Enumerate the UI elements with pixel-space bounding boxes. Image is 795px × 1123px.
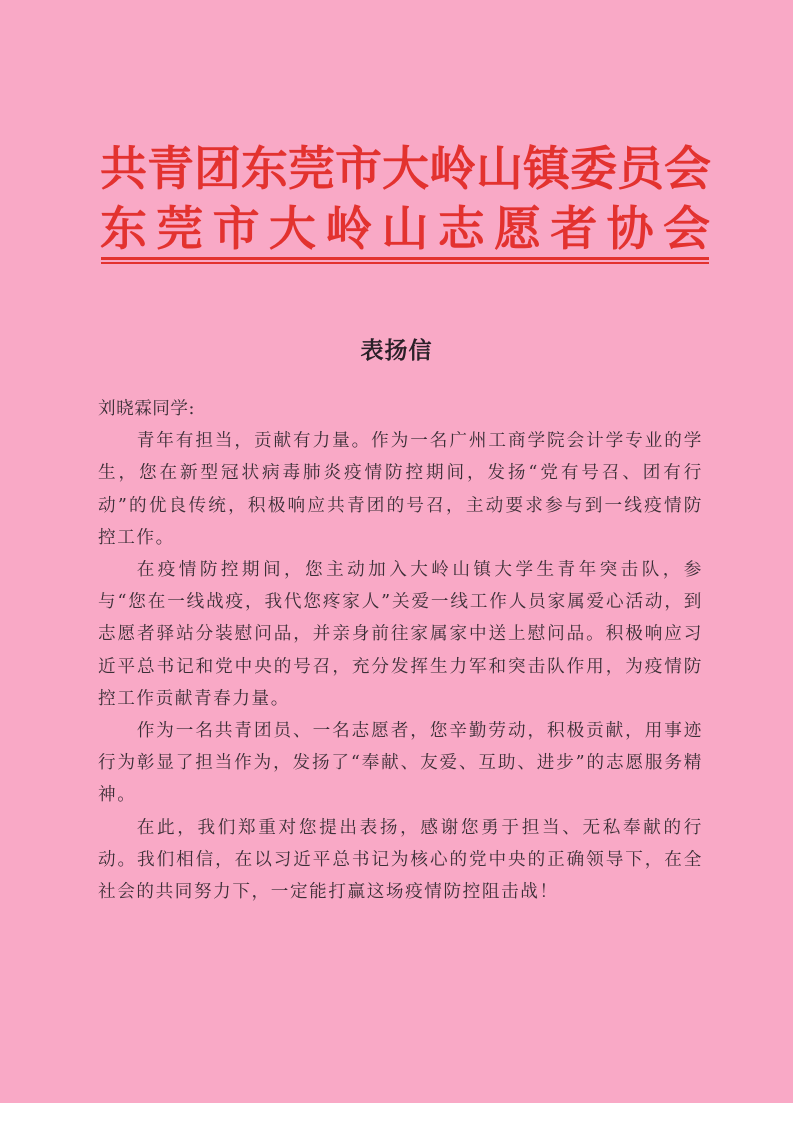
letterhead-char: 莞 — [288, 140, 335, 200]
letterhead-char: 岭 — [429, 140, 476, 200]
paragraph: 在疫情防控期间，您主动加入大岭山镇大学生青年突击队，参与“您在一线战疫，我代您疼… — [98, 554, 703, 715]
letterhead: 共 青 团 东 莞 市 大 岭 山 镇 委 员 会 东 莞 市 大 岭 山 志 … — [100, 140, 710, 260]
paragraph: 作为一名共青团员、一名志愿者，您辛勤劳动，积极贡献，用事迹行为彰显了担当作为，发… — [98, 715, 703, 812]
letterhead-char: 莞 — [156, 200, 203, 260]
letterhead-char: 镇 — [523, 140, 570, 200]
letter-body: 刘晓霖同学: 青年有担当，贡献有力量。作为一名广州工商学院会计学专业的学生，您在… — [98, 393, 703, 908]
letterhead-char: 会 — [663, 200, 710, 260]
paragraph: 青年有担当，贡献有力量。作为一名广州工商学院会计学专业的学生，您在新型冠状病毒肺… — [98, 425, 703, 554]
letterhead-divider-thin — [101, 262, 709, 264]
letterhead-char: 志 — [438, 200, 485, 260]
letterhead-char: 东 — [100, 200, 147, 260]
letterhead-char: 共 — [100, 140, 147, 200]
letterhead-char: 大 — [382, 140, 429, 200]
paragraph: 在此，我们郑重对您提出表扬，感谢您勇于担当、无私奉献的行动。我们相信，在以习近平… — [98, 812, 703, 909]
letterhead-char: 市 — [213, 200, 260, 260]
letterhead-char: 协 — [607, 200, 654, 260]
letterhead-char: 山 — [381, 200, 428, 260]
letterhead-char: 青 — [147, 140, 194, 200]
letter-title: 表扬信 — [0, 332, 793, 365]
letterhead-char: 大 — [269, 200, 316, 260]
letterhead-char: 市 — [335, 140, 382, 200]
letterhead-char: 员 — [617, 140, 664, 200]
letterhead-char: 山 — [476, 140, 523, 200]
letterhead-line-volunteer-association: 东 莞 市 大 岭 山 志 愿 者 协 会 — [100, 200, 710, 260]
letterhead-char: 委 — [570, 140, 617, 200]
letterhead-divider-thick — [101, 257, 709, 260]
letterhead-char: 会 — [664, 140, 711, 200]
salutation: 刘晓霖同学: — [98, 393, 703, 425]
letterhead-char: 愿 — [494, 200, 541, 260]
letterhead-char: 东 — [241, 140, 288, 200]
letter-page: 共 青 团 东 莞 市 大 岭 山 镇 委 员 会 东 莞 市 大 岭 山 志 … — [0, 0, 793, 1103]
letterhead-char: 岭 — [325, 200, 372, 260]
letterhead-char: 团 — [194, 140, 241, 200]
letterhead-char: 者 — [550, 200, 597, 260]
letterhead-line-youth-league: 共 青 团 东 莞 市 大 岭 山 镇 委 员 会 — [100, 140, 710, 200]
